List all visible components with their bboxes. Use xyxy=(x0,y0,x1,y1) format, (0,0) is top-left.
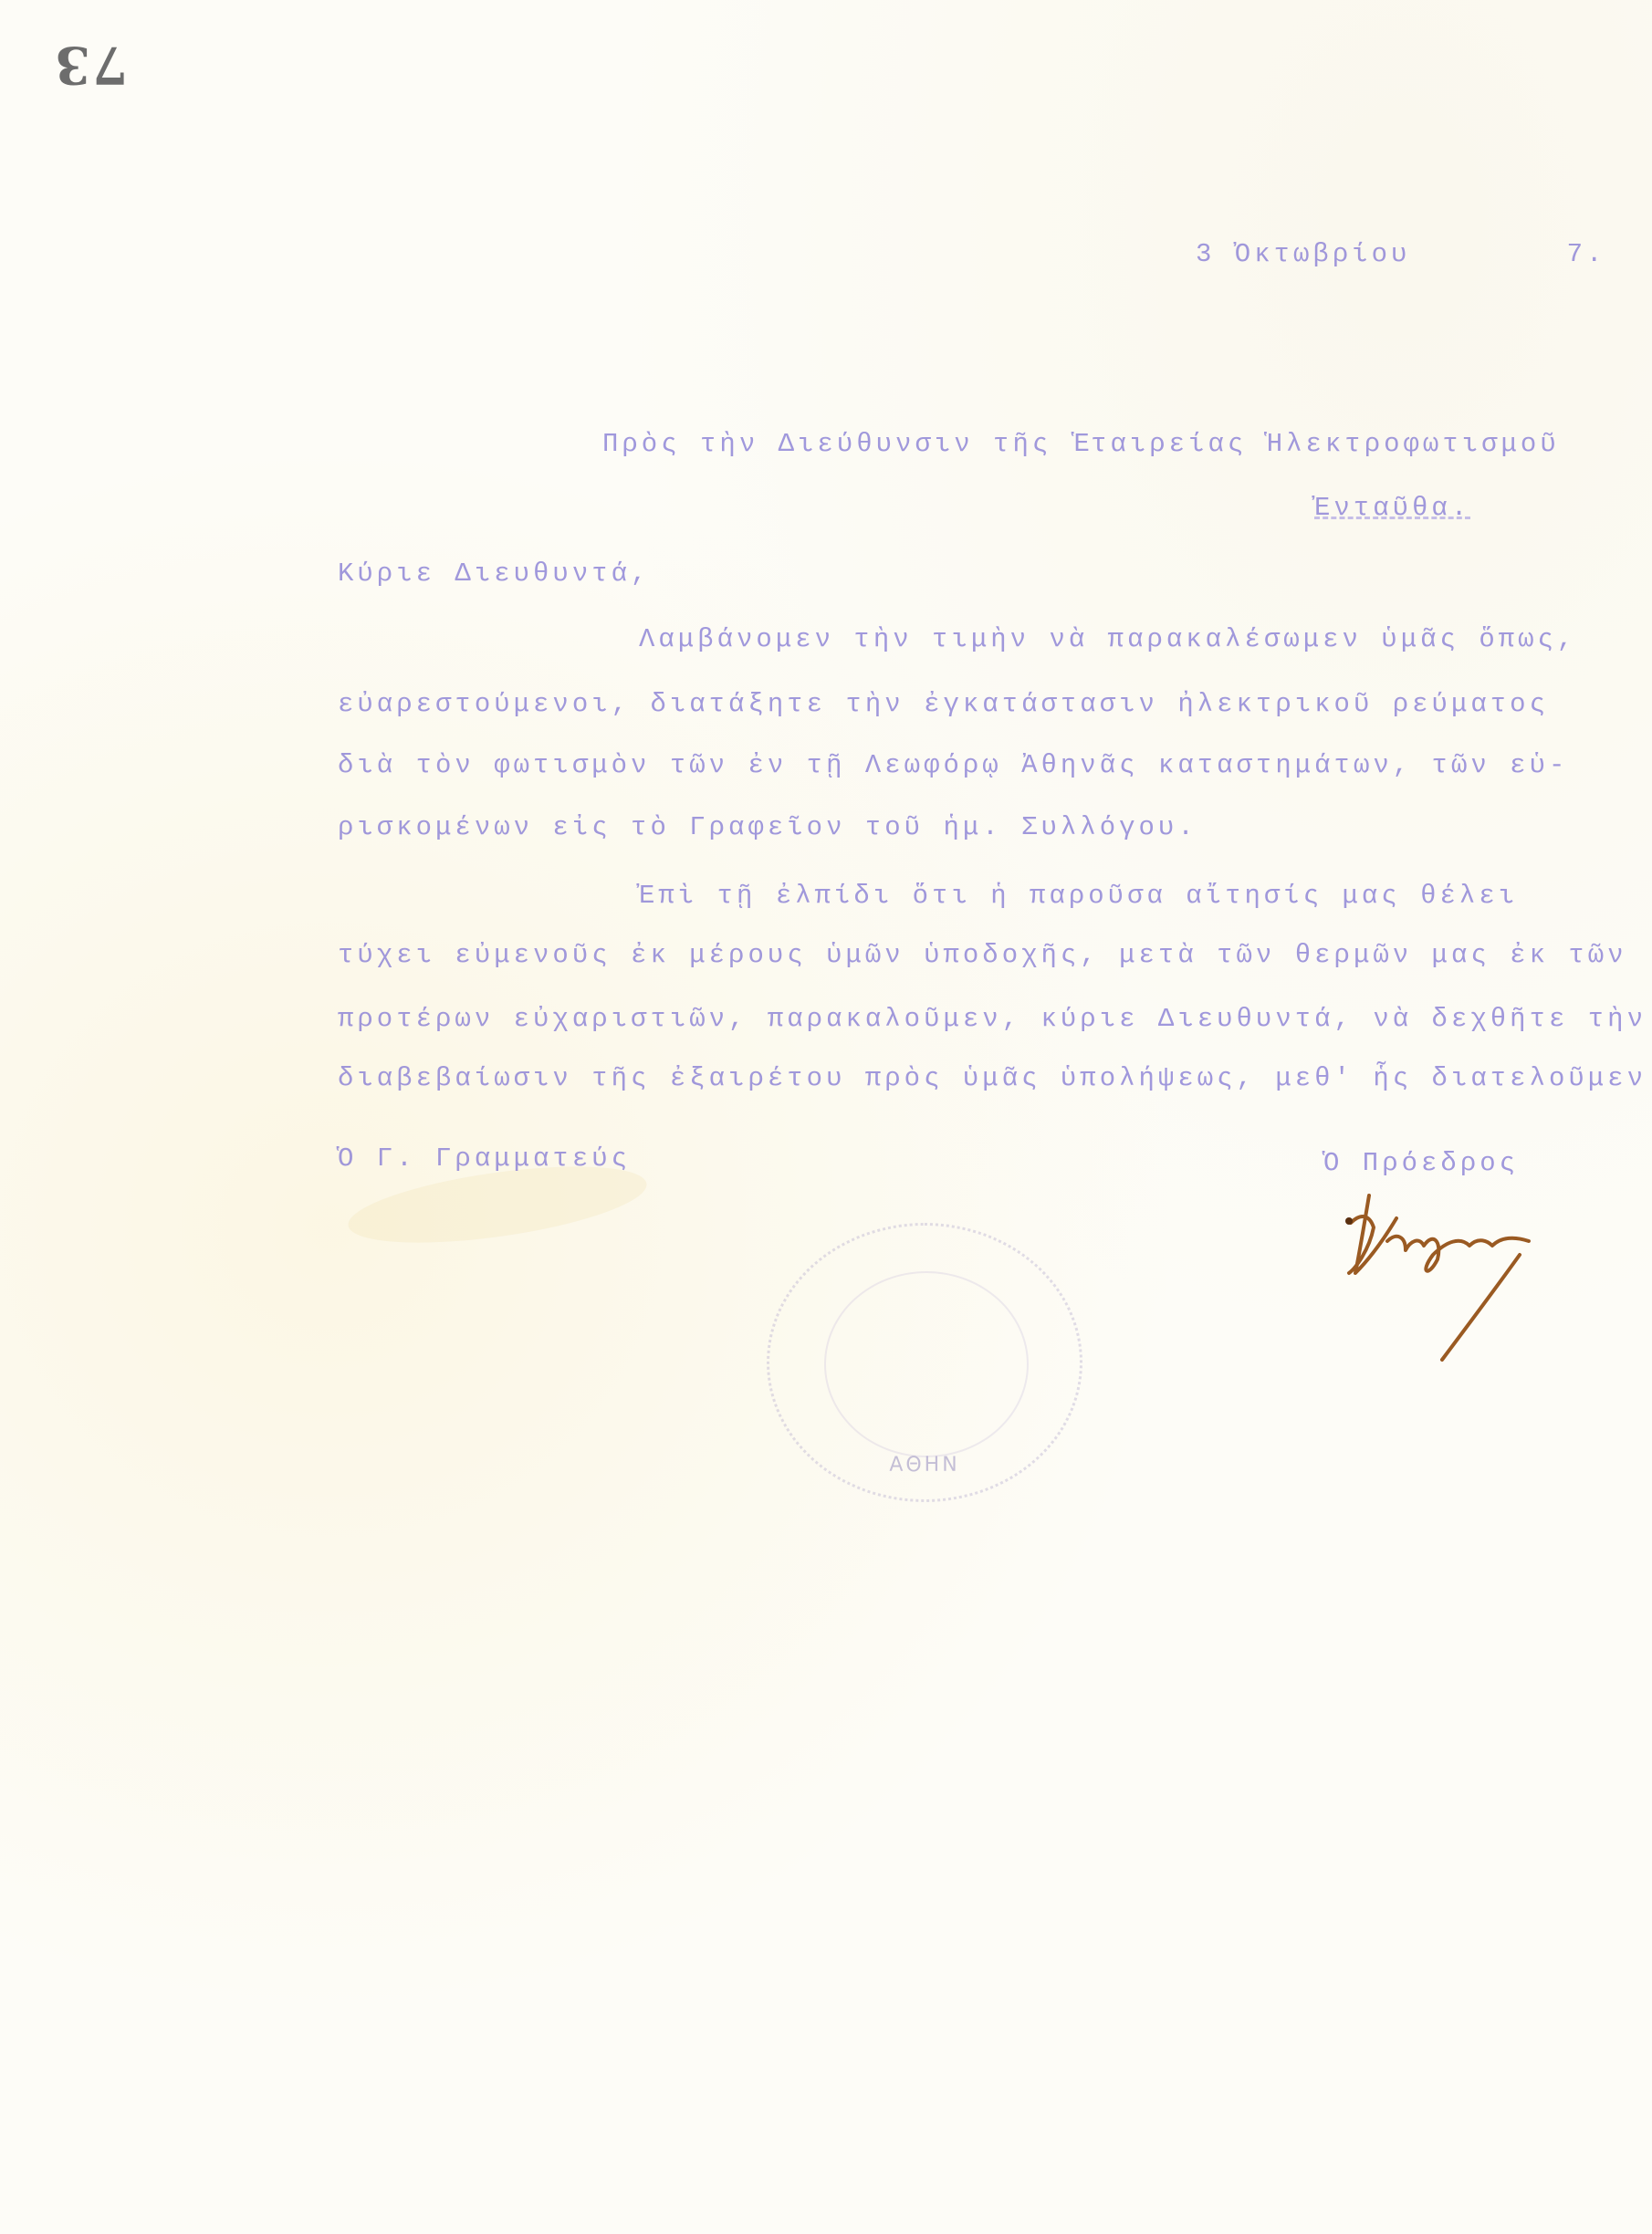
body-line: Ἐπὶ τῇ ἐλπίδι ὅτι ἡ παροῦσα αἴτησίς μας … xyxy=(639,881,1518,911)
addressee: Πρὸς τὴν Διεύθυνσιν τῆς Ἑταιρείας Ἡλεκτρ… xyxy=(602,429,1560,459)
body-line: διὰ τὸν φωτισμὸν τῶν ἐν τῇ Λεωφόρῳ Ἀθηνᾶ… xyxy=(338,750,1568,780)
stamp-inner-ring xyxy=(824,1271,1029,1457)
salutation: Κύριε Διευθυντά, xyxy=(338,558,650,589)
stamp-text: ΑΘΗΝ xyxy=(769,1454,1080,1477)
closing-president: Ὁ Πρόεδρος xyxy=(1323,1148,1519,1178)
body-line: τύχει εὐμενοῦς ἐκ μέρους ὑμῶν ὑποδοχῆς, … xyxy=(338,940,1627,970)
body-line: διαβεβαίωσιν τῆς ἐξαιρέτου πρὸς ὑμᾶς ὑπο… xyxy=(338,1063,1647,1093)
closing-secretary: Ὁ Γ. Γραμματεύς xyxy=(338,1143,631,1174)
signature-icon xyxy=(1333,1186,1570,1369)
handwritten-signature xyxy=(1333,1186,1570,1369)
folio-number: 73 xyxy=(53,35,128,95)
body-line: προτέρων εὐχαριστιῶν, παρακαλοῦμεν, κύρι… xyxy=(338,1004,1647,1034)
addressee-city: Ἐνταῦθα. xyxy=(1314,493,1470,523)
official-stamp: ΑΘΗΝ xyxy=(767,1223,1082,1502)
body-line: εὐαρεστούμενοι, διατάξητε τὴν ἐγκατάστασ… xyxy=(338,689,1549,719)
letter-date: 3 Ὀκτωβρίου 7. xyxy=(1196,239,1605,269)
paper-background xyxy=(0,0,1652,2234)
body-line: ρισκομένων εἰς τὸ Γραφεῖον τοῦ ἡμ. Συλλό… xyxy=(338,812,1197,842)
body-line: Λαμβάνομεν τὴν τιμὴν νὰ παρακαλέσωμεν ὑμ… xyxy=(639,624,1576,654)
